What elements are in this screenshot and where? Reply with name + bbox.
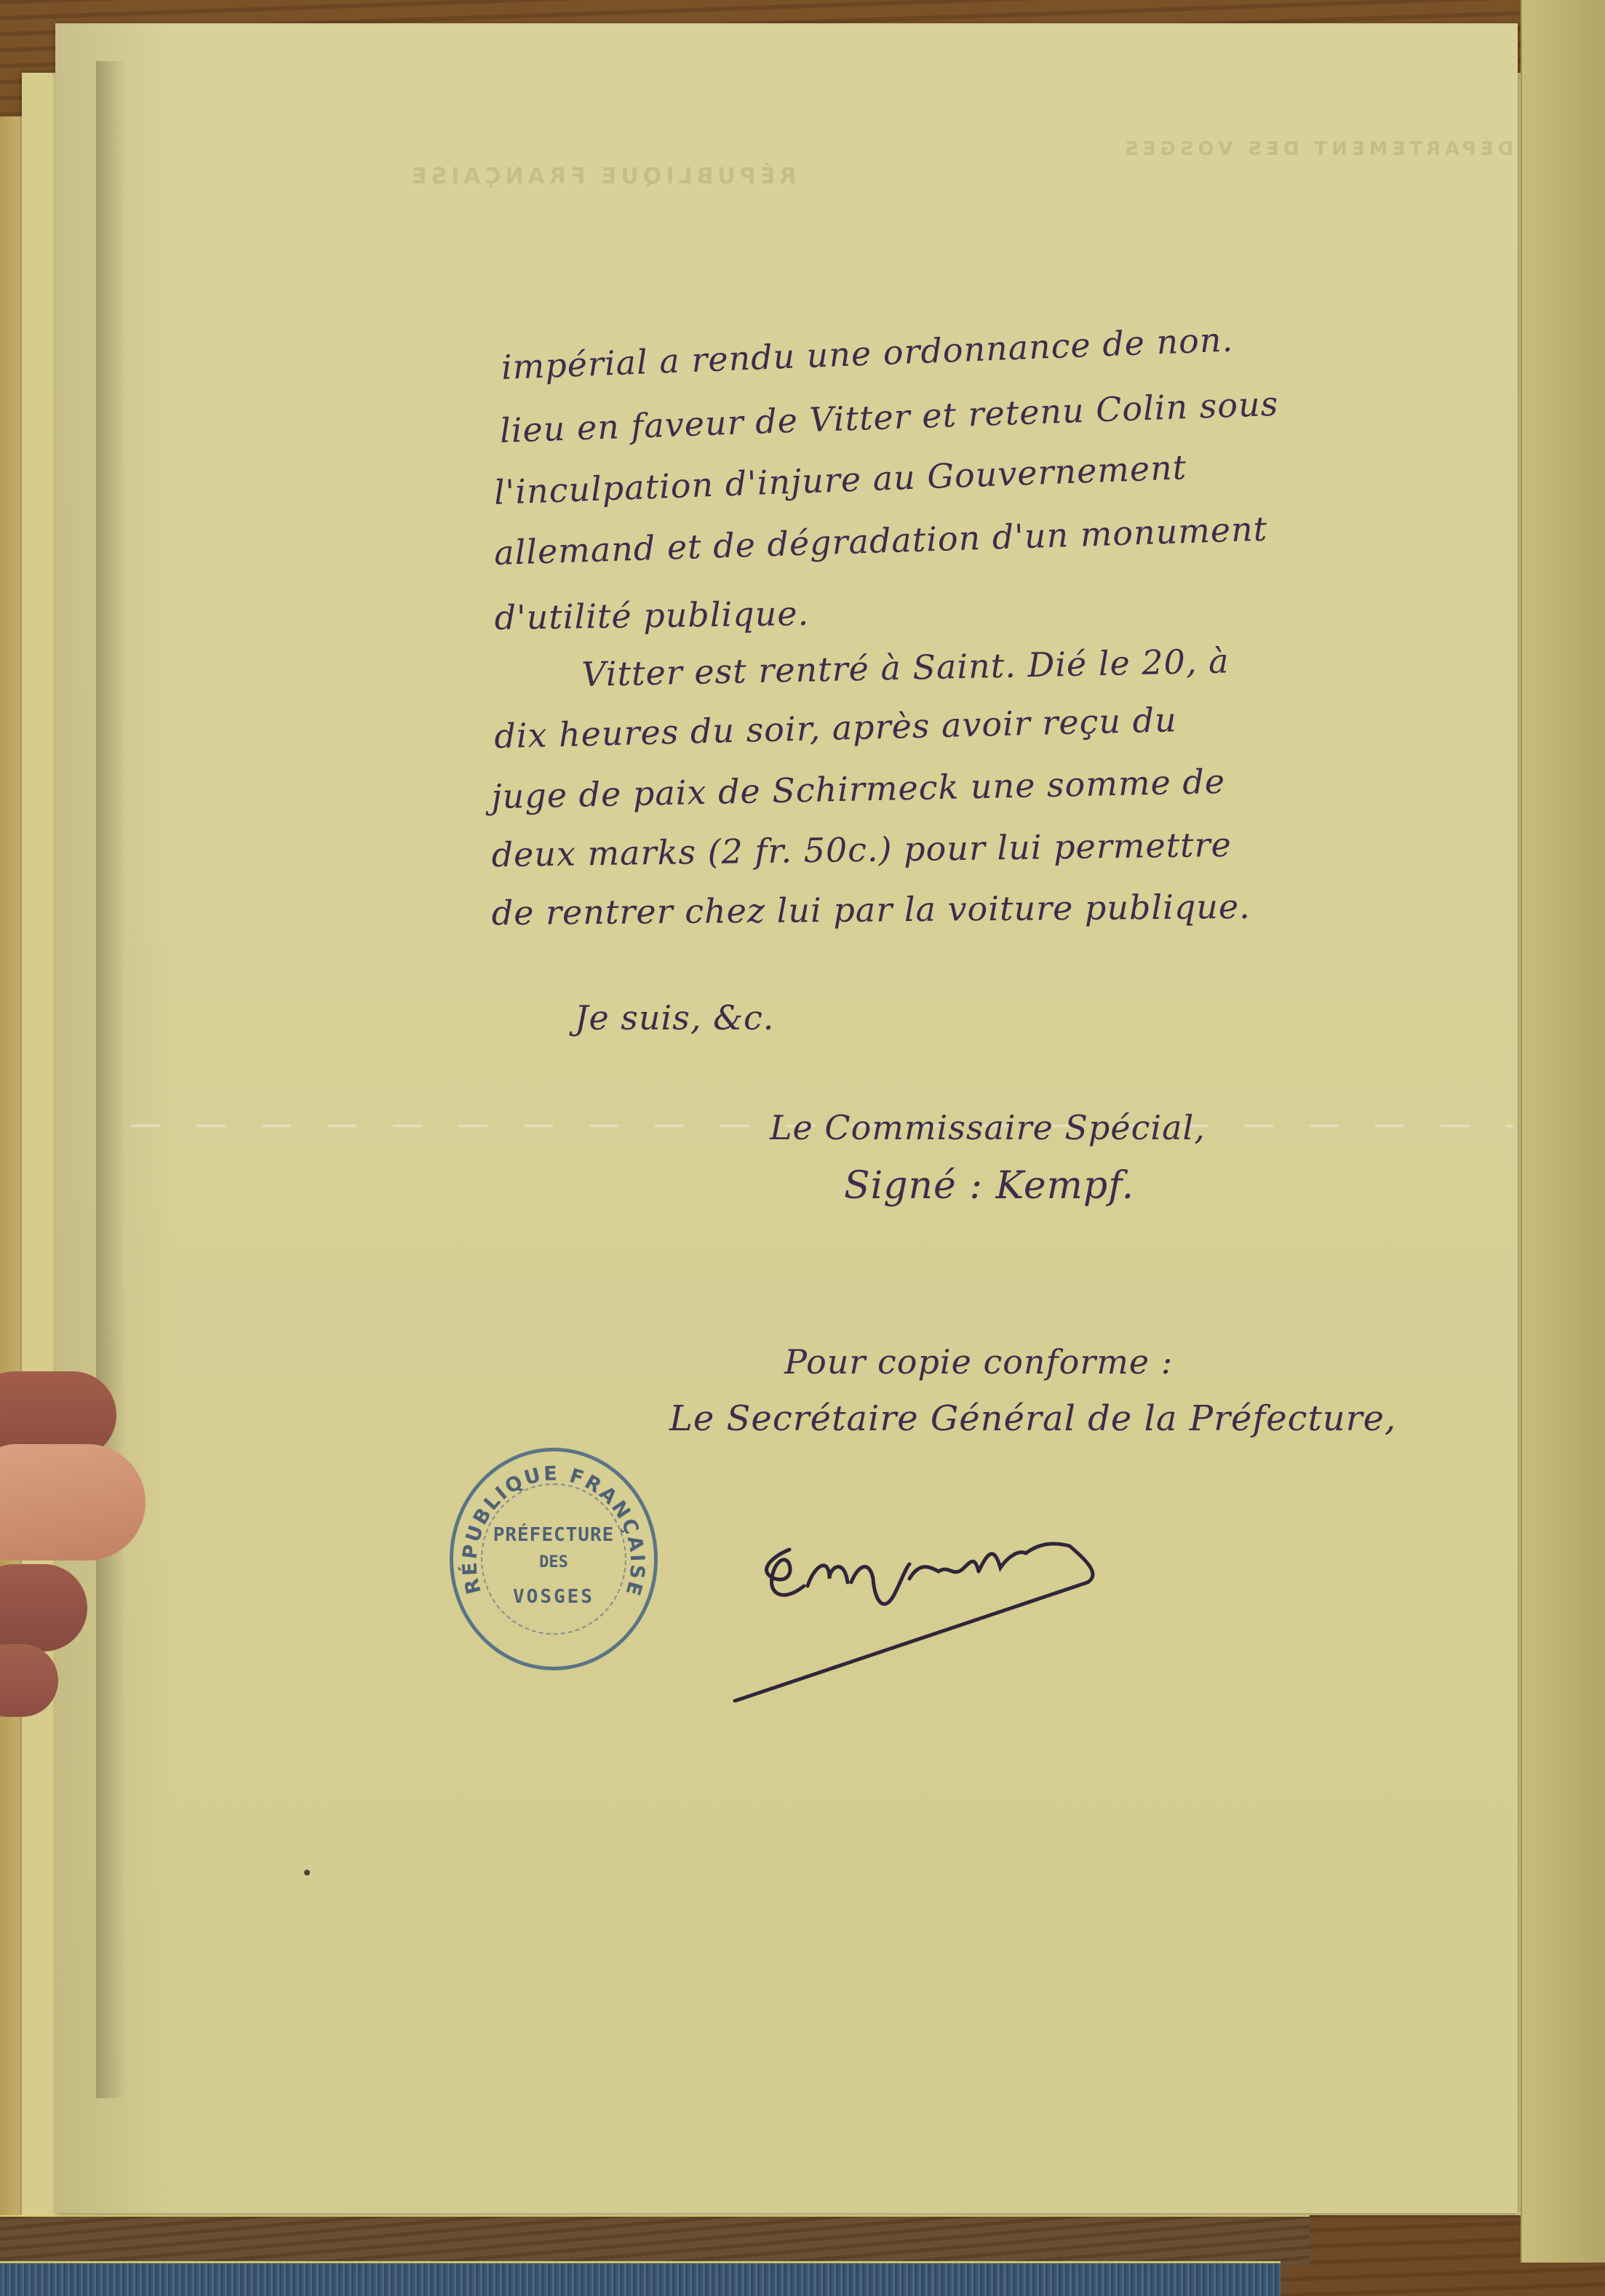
handwritten-signature: Meyrault [720,1499,1404,1702]
closing-formula: Je suis, &c. [575,998,774,1037]
hand-finger-middle [0,1564,87,1651]
table-edge [0,2215,1310,2266]
body-line-5: d'utilité publique. [494,594,809,637]
certification-line: Pour copie conforme : [784,1342,1173,1382]
stamp-text-des: DES [453,1553,654,1571]
binder-right-pages [1521,0,1605,2263]
certifier-title: Le Secrétaire Général de la Préfecture, [669,1398,1396,1439]
hand-thumb [0,1444,146,1560]
signature-stroke [735,1544,1093,1701]
svg-text:Meyrault: Meyrault [821,1614,826,1616]
stamp-text-vosges: VOSGES [453,1586,654,1608]
carpet-floor [0,2261,1281,2296]
body-line-10: de rentrer chez lui par la voiture publi… [492,887,1251,933]
stamp-text-prefecture: PRÉFECTURE [453,1524,654,1546]
ink-spot [304,1870,310,1876]
page-shadow [96,61,125,2098]
signatory-title: Le Commissaire Spécial, [770,1108,1206,1147]
signed-line: Signé : Kempf. [844,1164,1134,1208]
bleed-through-header-left: RÉPUBLIQUE FRANÇAISE [407,164,796,189]
bleed-through-header-right: DÉPARTEMENT DES VOSGES [1120,138,1513,160]
prefecture-stamp: RÉPUBLIQUE FRANÇAISE PRÉFECTURE DES VOSG… [450,1448,658,1670]
